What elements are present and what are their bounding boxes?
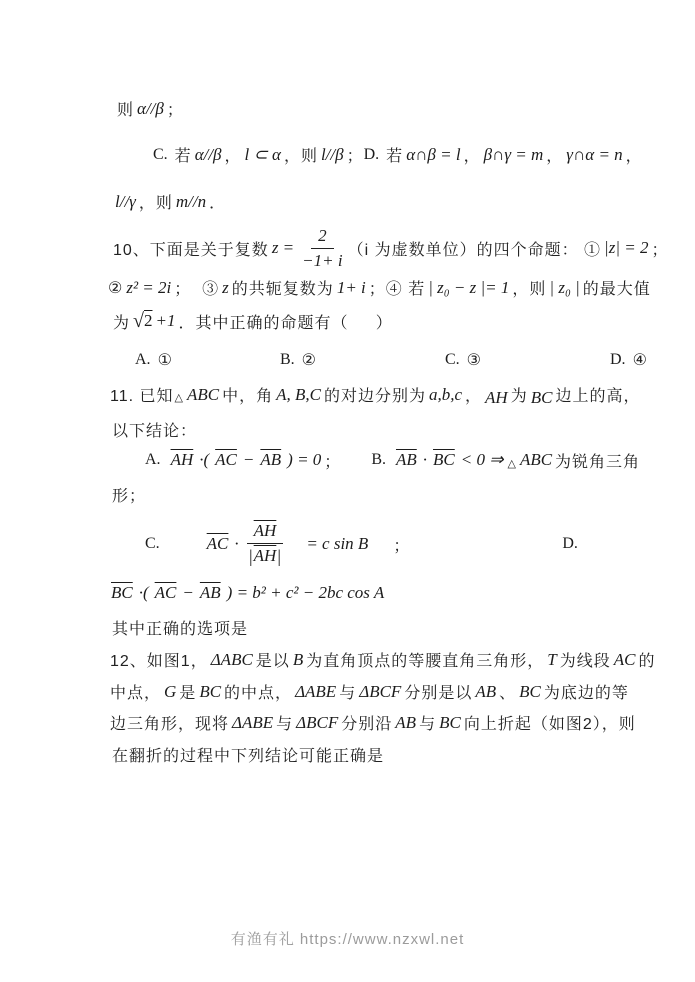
text-segment: ， [464, 143, 481, 166]
text-segment: 为直角顶点的等腰直角三角形， [306, 648, 544, 671]
math-segment: AC [614, 650, 636, 670]
text-segment: 的最大值 [583, 276, 651, 299]
math-segment: +1 [156, 311, 176, 331]
option-value-c: ③ [467, 350, 482, 370]
text-segment: ；④ 若 [369, 276, 425, 299]
footer-text: 有渔有礼 https://www.nzxwl.net [231, 931, 465, 948]
math-segment: G [164, 682, 176, 702]
math-segment: ΔABE [295, 682, 336, 702]
vector-AC: AC [155, 583, 177, 603]
vector-AH: AH [254, 521, 277, 540]
triangle-symbol: △ [507, 457, 515, 470]
fraction-numerator: 2 [311, 226, 334, 249]
vector-BC: BC [433, 450, 455, 470]
q9-option-d-tail-line: l//γ ，则 m//n ． [112, 190, 226, 213]
text-segment: 以下结论： [112, 418, 197, 441]
q12-stem-line-4: 在翻折的过程中下列结论可能正确是 [112, 743, 384, 766]
math-segment: m//n [176, 192, 206, 212]
option-label-b: B. [371, 451, 386, 469]
vector-AB: AB [200, 583, 221, 603]
option-label-b: B. [280, 351, 295, 369]
text-segment: 在翻折的过程中下列结论可能正确是 [112, 743, 384, 766]
math-segment: ABC [187, 385, 219, 405]
math-segment: l ⊂ α [245, 145, 281, 165]
text-segment: 的对边分别为 [324, 383, 426, 406]
math-segment: · [234, 534, 238, 554]
text-segment: ， [225, 143, 242, 166]
text-segment: 为底边的等 [544, 680, 629, 703]
vector-AC: AC [215, 450, 237, 470]
math-segment: < 0 ⇒ [461, 450, 504, 470]
text-segment: 与 [276, 711, 293, 734]
text-segment: 则 [117, 97, 134, 120]
option-label-c: C. [153, 146, 168, 164]
text-segment: 是 [179, 680, 196, 703]
text-segment: ，则 [512, 276, 546, 299]
text-segment: 分别是以 [404, 680, 472, 703]
q10-stem-line-2: ② z² = 2i ； ③ z 的共轭复数为 1+ i ；④ 若 | z₀ − … [108, 276, 651, 299]
text-segment: （i 为虚数单位）的四个命题： ① [348, 237, 601, 260]
radical-sign: √ [133, 310, 144, 333]
text-segment: ； [393, 533, 410, 556]
text-segment: 、 [499, 680, 516, 703]
radicand: 2 [144, 311, 153, 331]
text-segment: ， [465, 383, 482, 406]
text-segment: 中，角 [222, 383, 273, 406]
fraction: 2 −1+ i [302, 226, 342, 270]
q11-option-b-tail-line: 形； [112, 483, 146, 506]
text-segment: 分别沿 [341, 711, 392, 734]
text-segment: 为 [511, 383, 528, 406]
text-segment: ； [167, 97, 184, 120]
text-segment: ； ③ [174, 276, 219, 299]
text-segment: 中点， [110, 680, 161, 703]
q9-options-cd-line: C. 若 α//β ， l ⊂ α ，则 l//β ； D. 若 α∩β = l… [153, 143, 643, 166]
math-segment: β∩γ = m [484, 145, 544, 165]
text-segment: ．其中正确的命题有（ ） [178, 310, 392, 333]
text-segment: 为锐角三角 [555, 449, 640, 472]
text-segment: 与 [419, 711, 436, 734]
text-segment: 其中正确的选项是 [112, 616, 248, 639]
math-segment: BC [199, 682, 221, 702]
text-segment: ，则 [284, 143, 318, 166]
option-label-a: A. [135, 351, 151, 369]
text-segment: 形； [112, 483, 146, 506]
text-segment: ； [324, 449, 341, 472]
math-segment: − [182, 583, 193, 603]
text-segment: 若 [386, 143, 403, 166]
math-segment: ΔABE [232, 713, 273, 733]
exam-page: 则 α//β ； C. 若 α//β ， l ⊂ α ，则 l//β ； D. … [0, 0, 695, 982]
math-segment: γ∩α = n [566, 145, 622, 165]
text-segment: 的中点， [224, 680, 292, 703]
q9-conclusion-line: 则 α//β ； [117, 97, 184, 120]
vector-AH: AH [171, 450, 194, 470]
math-segment: z² = 2i [126, 278, 171, 298]
math-segment: AB [395, 713, 416, 733]
option-label-c: C. [445, 351, 460, 369]
math-segment: · [423, 450, 427, 470]
fraction-denominator: | AH | [249, 544, 281, 567]
math-segment: α//β [137, 99, 164, 119]
math-segment: a,b,c [429, 385, 462, 405]
q10-options-row: A. ① B. ② C. ③ D. ④ [0, 348, 695, 372]
q10-option-c: C. ③ [445, 350, 482, 370]
math-segment: T [547, 650, 556, 670]
math-segment: ΔBCF [296, 713, 338, 733]
math-segment: BC [439, 713, 461, 733]
math-segment: α∩β = l [406, 145, 460, 165]
math-segment: ) = 0 [287, 450, 321, 470]
math-segment: AB [475, 682, 496, 702]
option-value-a: ① [158, 350, 173, 370]
vector-BC: BC [111, 583, 133, 603]
q12-stem-line-3: 边三角形，现将 ΔABE 与 ΔBCF 分别沿 AB 与 BC 向上折起（如图2… [110, 711, 636, 734]
q11-stem-line: 11. 已知 △ ABC 中，角 A, B,C 的对边分别为 a,b,c ， A… [110, 383, 640, 406]
text-segment: 向上折起（如图2），则 [464, 711, 636, 734]
q11-intro-line: 以下结论： [112, 418, 197, 441]
q10-option-d: D. ④ [610, 350, 648, 370]
math-segment: ΔBCF [359, 682, 401, 702]
text-segment: 的共轭复数为 [232, 276, 334, 299]
math-segment: − [243, 450, 254, 470]
text-segment: 为 [113, 310, 130, 333]
text-segment: ， [626, 143, 643, 166]
q10-stem-line-1: 10、下面是关于复数 z = 2 −1+ i （i 为虚数单位）的四个命题： ①… [113, 222, 668, 274]
vector-AB: AB [396, 450, 417, 470]
math-segment: 1+ i [337, 278, 366, 298]
text-segment: ； [347, 143, 364, 166]
text-segment: ； [651, 237, 668, 260]
text-segment: 与 [339, 680, 356, 703]
text-segment: 是以 [256, 648, 290, 671]
circled-2: ② [108, 278, 123, 298]
math-segment: ·( [139, 583, 149, 603]
text-segment: 边上的高， [555, 383, 640, 406]
math-segment: = c sin B [306, 534, 368, 554]
math-segment: z [222, 278, 229, 298]
q11-closing-line: 其中正确的选项是 [112, 616, 248, 639]
math-segment: B [293, 650, 303, 670]
option-label-d: D. [610, 351, 626, 369]
option-value-b: ② [302, 350, 317, 370]
math-segment: z = [272, 238, 294, 258]
math-segment: ·( [199, 450, 209, 470]
text-segment: 若 [175, 143, 192, 166]
math-segment: BC [531, 388, 553, 408]
math-segment: ABC [520, 450, 552, 470]
q12-stem-line-1: 12、如图1， ΔABC 是以 B 为直角顶点的等腰直角三角形， T 为线段 A… [110, 648, 655, 671]
text-segment: 的 [638, 648, 655, 671]
option-value-d: ④ [633, 350, 648, 370]
vector-AC: AC [207, 534, 229, 554]
vector-AH: AH [254, 546, 277, 566]
abs-bar: | [249, 546, 253, 567]
math-segment: AH [485, 388, 508, 408]
text-segment: ，则 [139, 190, 173, 213]
math-segment: A, B,C [276, 385, 321, 405]
footer-watermark: 有渔有礼 https://www.nzxwl.net [0, 928, 695, 949]
question-number-12: 12、如图1， [110, 648, 208, 671]
math-segment: BC [519, 682, 541, 702]
math-segment: ) = b² + c² − 2bc cos A [227, 583, 385, 603]
option-label-a: A. [145, 451, 161, 469]
fraction-denominator: −1+ i [302, 249, 342, 271]
q11-option-d-formula-line: BC ·( AC − AB ) = b² + c² − 2bc cos A [108, 583, 387, 603]
q10-option-b: B. ② [280, 350, 317, 370]
math-segment: l//γ [115, 192, 136, 212]
math-segment: α//β [195, 145, 222, 165]
option-label-d: D. [364, 146, 380, 164]
text-segment: 为线段 [560, 648, 611, 671]
abs-bar: | [277, 546, 281, 567]
fraction-numerator: AH [247, 521, 284, 544]
q10-option-a: A. ① [135, 350, 173, 370]
fraction: AH | AH | [247, 521, 284, 566]
option-label-d: D. [562, 535, 578, 553]
math-segment: | z₀ | [549, 278, 579, 298]
triangle-symbol: △ [175, 391, 183, 404]
question-number-11: 11. 已知 [110, 383, 174, 406]
math-segment: |z| = 2 [604, 238, 648, 258]
question-number-10: 10、下面是关于复数 [113, 237, 269, 260]
math-segment: | z₀ − z |= 1 [428, 278, 509, 298]
q10-stem-line-3: 为 √ 2 +1 ．其中正确的命题有（ ） [113, 306, 393, 336]
text-segment: ． [209, 190, 226, 213]
text-segment: 边三角形，现将 [110, 711, 229, 734]
text-segment: ， [546, 143, 563, 166]
math-segment: l//β [321, 145, 344, 165]
q11-options-ab-line: A. AH ·( AC − AB ) = 0 ； B. AB · BC < 0 … [145, 443, 640, 477]
q11-options-cd-line: C. AC · AH | AH | = c sin B ； D. [145, 512, 585, 576]
q12-stem-line-2: 中点， G 是 BC 的中点， ΔABE 与 ΔBCF 分别是以 AB 、 BC… [110, 680, 629, 703]
vector-AB: AB [260, 450, 281, 470]
math-segment: ΔABC [211, 650, 253, 670]
option-label-c: C. [145, 535, 160, 553]
